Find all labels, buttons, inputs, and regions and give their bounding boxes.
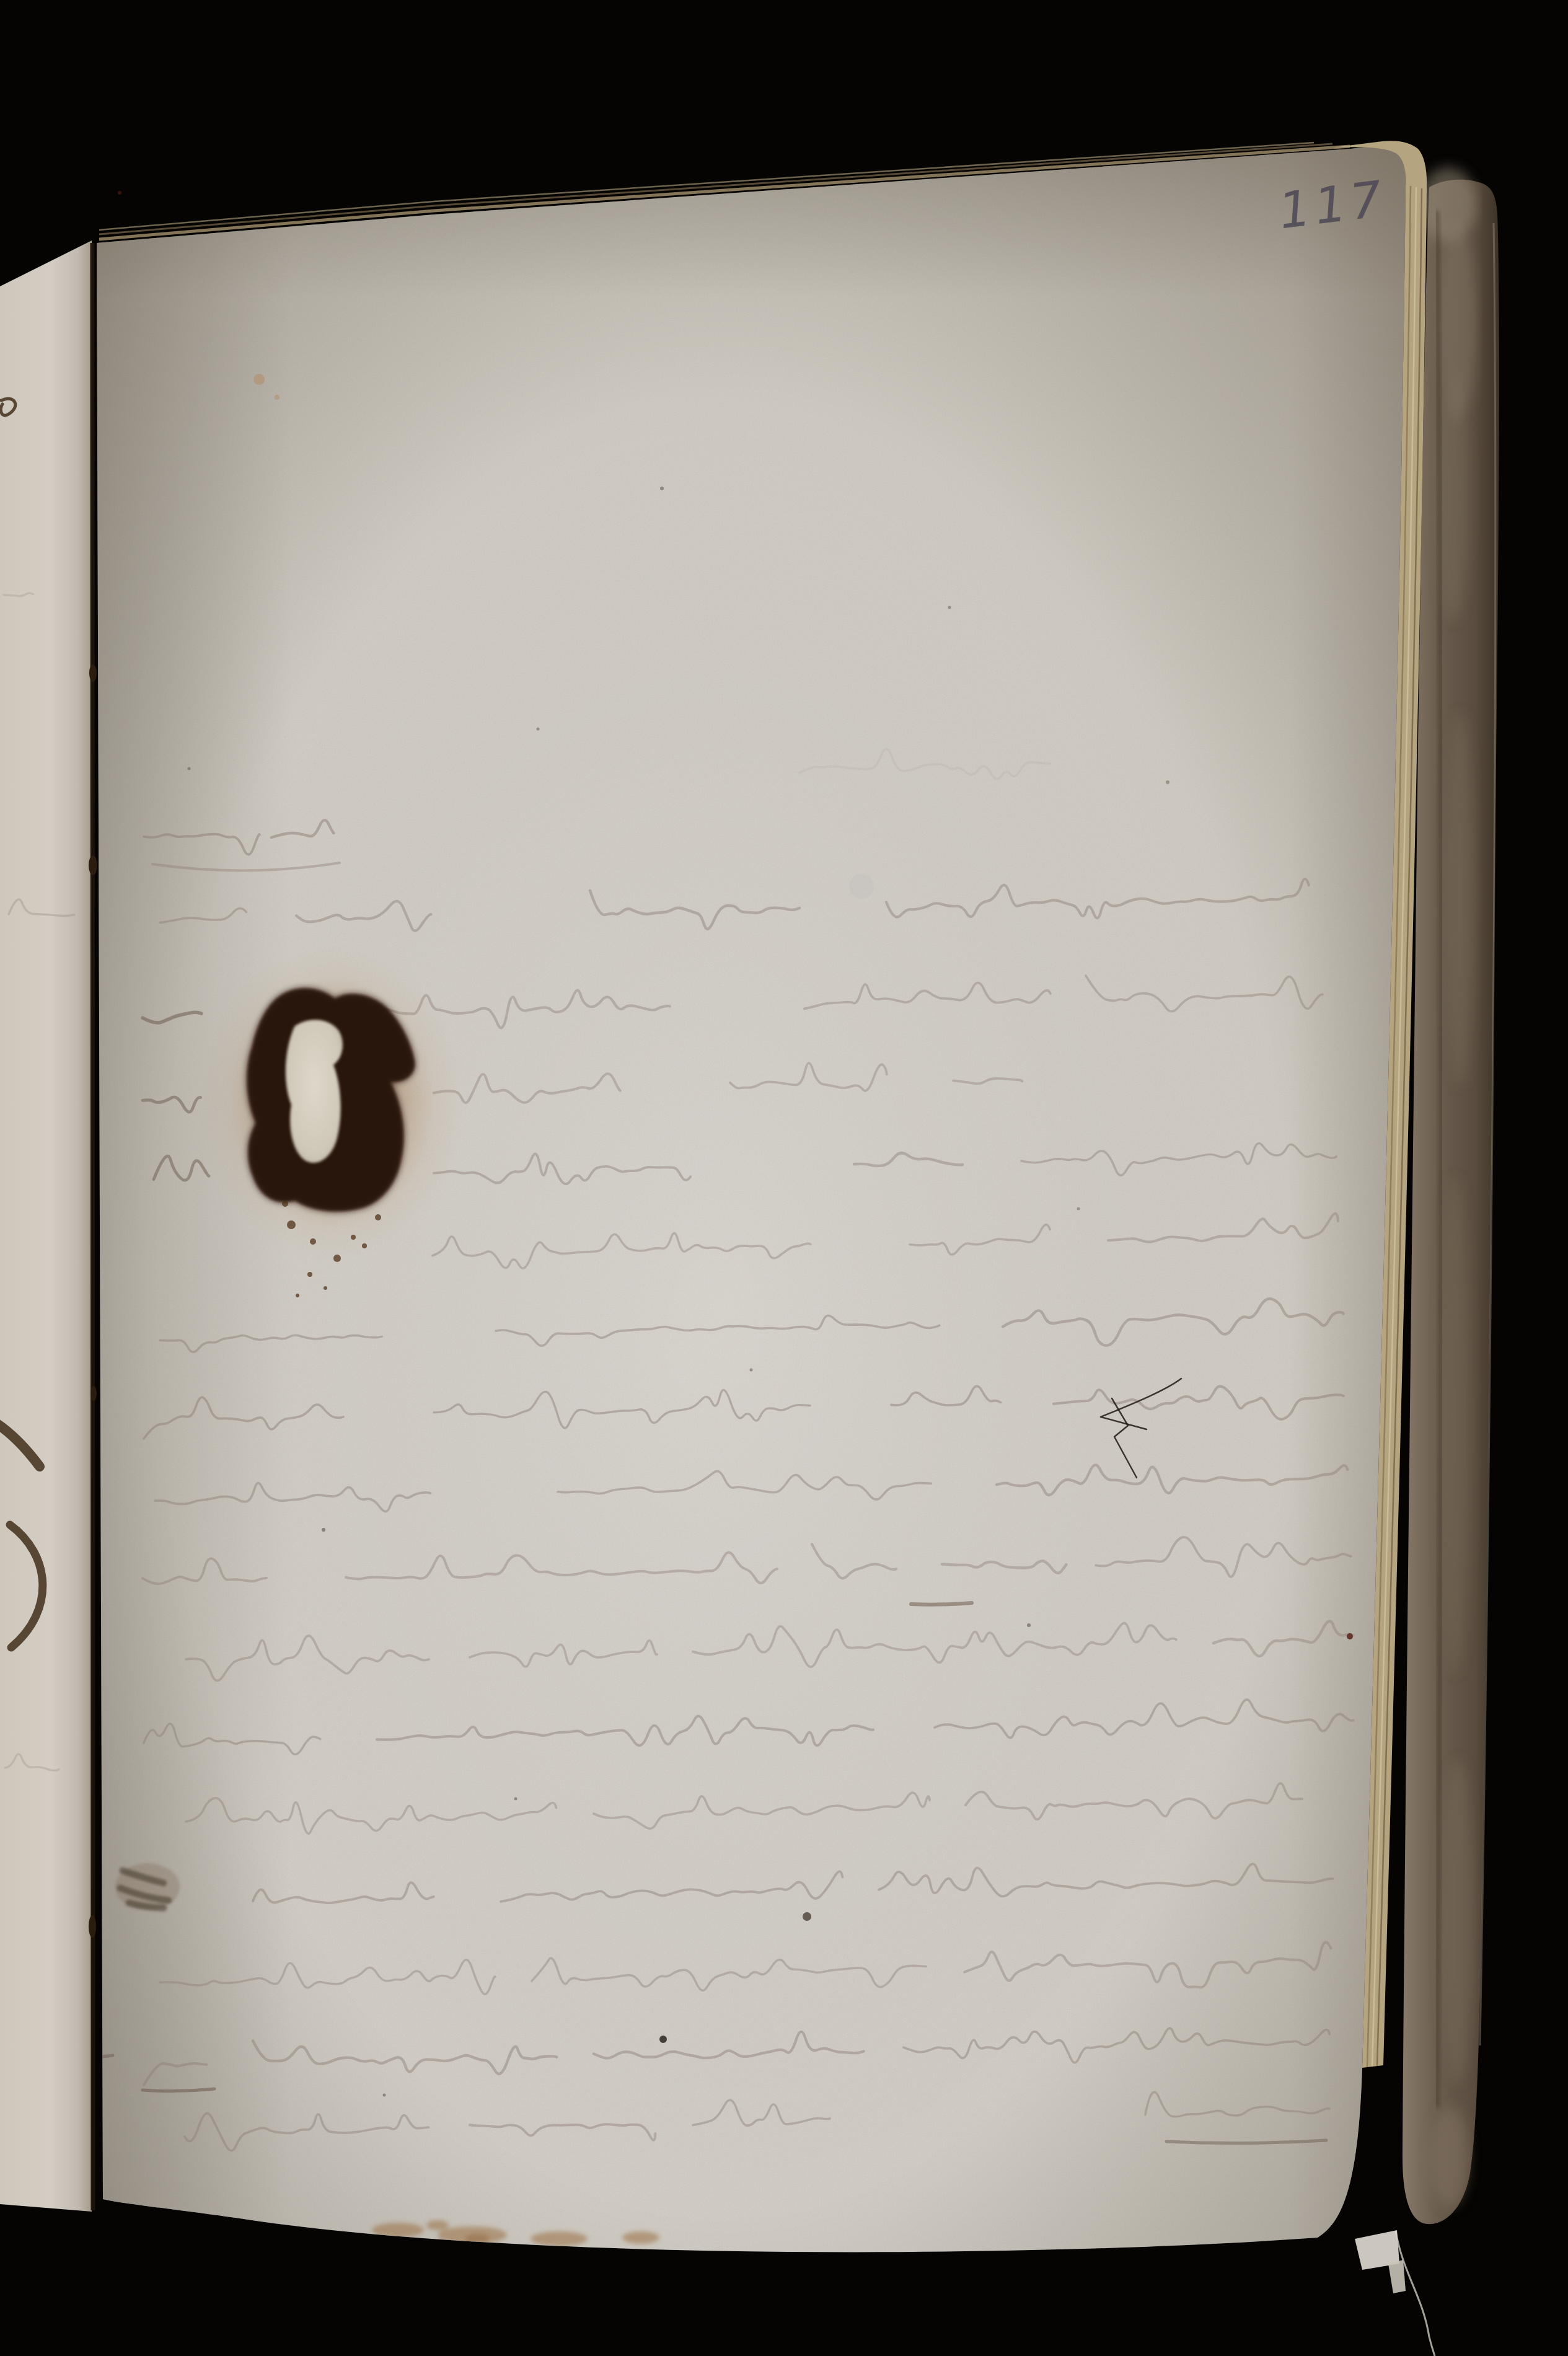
paper-spot [659, 2036, 667, 2043]
edge-stain [426, 2220, 449, 2230]
gutter-knot [89, 855, 97, 875]
hole-showing-next-page [286, 1020, 343, 1163]
book-photo-canvas: 117 [0, 0, 1568, 2356]
facing-page-paper [0, 240, 92, 2212]
burn-speckle [351, 1235, 356, 1240]
burn-speckle [307, 1272, 312, 1277]
underline-stroke [911, 1603, 972, 1605]
paper-spot [275, 395, 280, 400]
ink-smudge [115, 1863, 180, 1910]
paper-spot [948, 606, 951, 609]
manuscript-photo: 117 [0, 0, 1568, 2356]
paper-spot [1077, 1207, 1080, 1211]
facing-page-sliver [0, 240, 92, 2212]
paper-spot [849, 874, 874, 899]
paper-spot [322, 1528, 325, 1532]
burn-speckle [333, 1255, 341, 1262]
burn-speckle [282, 1201, 288, 1207]
gutter-knot [89, 664, 97, 682]
burn-speckle [310, 1238, 316, 1245]
paper-spot [188, 767, 191, 770]
dust-speck [118, 191, 121, 195]
main-page: 117 [79, 136, 1413, 2262]
burn-speckle [362, 1243, 367, 1248]
burn-speckle [287, 1220, 296, 1229]
gutter-line [92, 243, 93, 2210]
burn-speckle [296, 1294, 299, 1297]
gutter-knot [90, 1386, 97, 1401]
paper-spot [537, 728, 540, 731]
paper-spot [803, 1912, 811, 1921]
edge-stain [531, 2231, 588, 2246]
paper-spot [514, 1798, 518, 1801]
paper-spot [660, 487, 664, 490]
gutter-knot [89, 1915, 96, 1938]
burn-speckle [375, 1214, 381, 1220]
paper-spot [1166, 780, 1169, 784]
burn-speckle [324, 1286, 327, 1290]
paper-spot [383, 2094, 386, 2097]
paper-spot [1347, 1633, 1353, 1639]
paper-spot [750, 1369, 753, 1372]
paper-spot [253, 374, 265, 385]
paper-spot [1027, 1623, 1031, 1627]
edge-stain [622, 2231, 659, 2244]
